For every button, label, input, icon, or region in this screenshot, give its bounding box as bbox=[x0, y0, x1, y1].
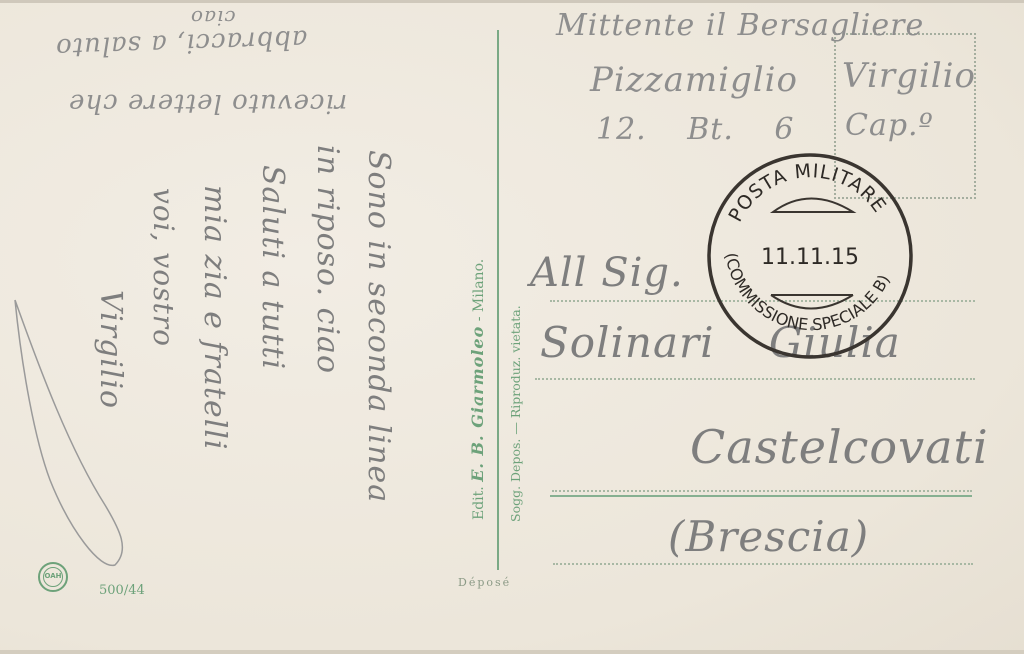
sender-line-3: 12. Bt. 6 bbox=[596, 112, 795, 147]
publisher-city: - Milano. bbox=[471, 259, 487, 321]
message-vertical-3: Saluti a tutti bbox=[255, 165, 290, 370]
publisher-prefix: Edit. bbox=[471, 486, 487, 520]
recipient-province: (Brescia) bbox=[668, 512, 869, 561]
message-vertical-2: in riposo. ciao bbox=[310, 145, 345, 374]
signature-flourish bbox=[10, 290, 130, 570]
address-line-4 bbox=[553, 563, 973, 565]
depose-mark: Déposé bbox=[458, 576, 511, 589]
message-vertical-5: voi, vostro bbox=[147, 188, 180, 347]
center-divider bbox=[497, 30, 499, 570]
publisher-brand: E. B. Giarmoleo bbox=[468, 326, 487, 482]
card-edge-bottom bbox=[0, 650, 1024, 654]
stamp-box-name: Virgilio bbox=[842, 56, 976, 96]
publisher-logo-icon: OAH bbox=[38, 562, 68, 592]
series-code: 500/44 bbox=[99, 583, 145, 598]
card-edge-top bbox=[0, 0, 1024, 3]
publisher-imprint: Edit. E. B. Giarmoleo - Milano. bbox=[468, 259, 487, 520]
recipient-salutation: All Sig. bbox=[530, 250, 684, 296]
sender-line-1: Mittente il Bersagliere bbox=[556, 8, 924, 43]
message-vertical-1: Sono in seconda linea bbox=[361, 150, 396, 503]
address-line-3 bbox=[552, 490, 972, 492]
postmark-date: 11.11.15 bbox=[761, 245, 859, 270]
sender-line-2: Pizzamiglio bbox=[590, 60, 798, 100]
stamp-box-rank: Cap.º bbox=[845, 108, 934, 143]
message-upside-down-2: abbracci, a saluto bbox=[55, 24, 308, 63]
message-upside-down-3: ricevuto lettere che bbox=[68, 88, 347, 118]
reproduction-notice: Sogg. Depos. — Riproduz. vietata. bbox=[508, 305, 523, 522]
postcard: ciao abbracci, a saluto ricevuto lettere… bbox=[0, 0, 1024, 654]
publisher-logo-text: OAH bbox=[43, 567, 63, 587]
address-line-2 bbox=[535, 378, 975, 380]
address-underline bbox=[550, 495, 972, 497]
recipient-town: Castelcovati bbox=[690, 420, 989, 474]
postmark: POSTA MILITARE (COMMISSIONE SPECIALE B) … bbox=[703, 150, 918, 362]
message-vertical-4: mia zia e fratelli bbox=[197, 185, 232, 451]
